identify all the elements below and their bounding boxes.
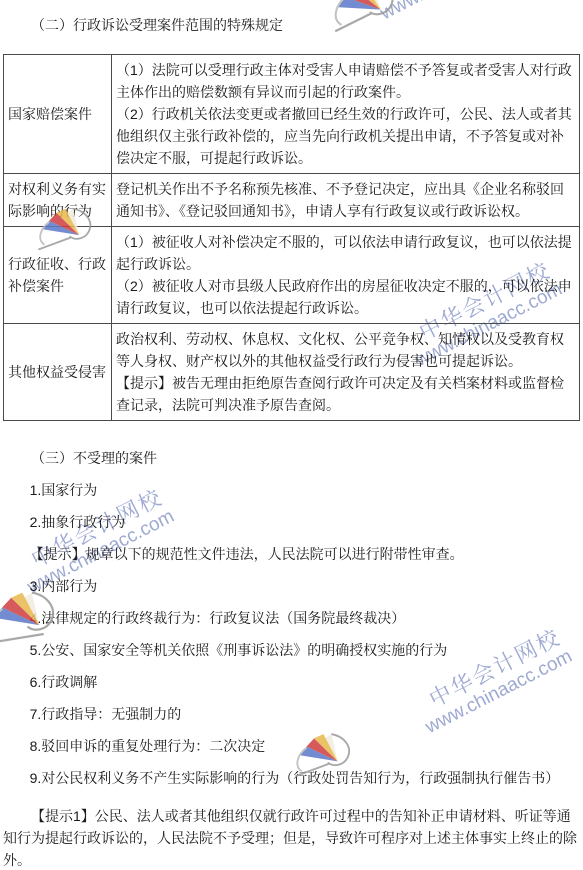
content-paragraph: （1）被征收人对补偿决定不服的，可以依法申请行政复议，也可以依法提起行政诉讼。 [116,231,575,275]
content-paragraph: 【提示】被告无理由拒绝原告查阅行政许可决定及有关档案材料或监督检查记录，法院可判… [116,372,575,416]
list-item: 5.公安、国家安全等机关依照《刑事诉讼法》的明确授权实施的行为 [3,639,580,661]
list-item: 7.行政指导：无强制力的 [3,703,580,725]
content-paragraph: （2）行政机关依法变更或者撤回已经生效的行政许可，公民、法人或者其他组织仅主张行… [116,103,575,169]
list-item-hint: 【提示】规章以下的规范性文件违法，人民法院可以进行附带性审查。 [3,543,580,565]
row-content: 登记机关作出不予名称预先核准、不予登记决定，应出具《企业名称驳回通知书》、《登记… [112,174,580,227]
document-page: www.chinaacc.com 中华会计网校 www.chinaacc.com… [0,0,583,870]
row-content: 政治权利、劳动权、休息权、文化权、公平竞争权、知情权以及受教育权等人身权、财产权… [112,324,580,421]
row-label: 国家赔偿案件 [4,55,112,174]
doc-title-3: （三）不受理的案件 [3,447,580,469]
table-row: 行政征收、行政补偿案件 （1）被征收人对补偿决定不服的，可以依法申请行政复议，也… [4,227,580,324]
list-item: 2.抽象行政行为 [3,511,580,533]
row-content: （1）被征收人对补偿决定不服的，可以依法申请行政复议，也可以依法提起行政诉讼。 … [112,227,580,324]
content-paragraph: （1）法院可以受理行政主体对受害人申请赔偿不予答复或者受害人对行政主体作出的赔偿… [116,59,575,103]
list-item: 9.对公民权利义务不产生实际影响的行为（行政处罚告知行为，行政强制执行催告书） [3,767,580,789]
row-label: 行政征收、行政补偿案件 [4,227,112,324]
list-item: 4.法律规定的行政终裁行为：行政复议法（国务院最终裁决） [3,607,580,629]
list-item: 8.驳回申诉的重复处理行为：二次决定 [3,735,580,757]
content-paragraph: 登记机关作出不予名称预先核准、不予登记决定，应出具《企业名称驳回通知书》、《登记… [116,178,575,222]
row-label: 其他权益受侵害 [4,324,112,421]
content-paragraph: 政治权利、劳动权、休息权、文化权、公平竞争权、知情权以及受教育权等人身权、财产权… [116,328,575,372]
list-item: 6.行政调解 [3,671,580,693]
table-row: 国家赔偿案件 （1）法院可以受理行政主体对受害人申请赔偿不予答复或者受害人对行政… [4,55,580,174]
row-label: 对权利义务有实际影响的行为 [4,174,112,227]
list-item: 1.国家行为 [3,479,580,501]
not-accepted-list: 1.国家行为 2.抽象行政行为 【提示】规章以下的规范性文件违法，人民法院可以进… [0,479,583,789]
table-row: 对权利义务有实际影响的行为 登记机关作出不予名称预先核准、不予登记决定，应出具《… [4,174,580,227]
row-content: （1）法院可以受理行政主体对受害人申请赔偿不予答复或者受害人对行政主体作出的赔偿… [112,55,580,174]
table-row: 其他权益受侵害 政治权利、劳动权、休息权、文化权、公平竞争权、知情权以及受教育权… [4,324,580,421]
content-paragraph: （2）被征收人对市县级人民政府作出的房屋征收决定不服的，可以依法申请行政复议，也… [116,275,575,319]
doc-title-2: （二）行政诉讼受理案件范围的特殊规定 [3,14,580,36]
special-cases-table: 国家赔偿案件 （1）法院可以受理行政主体对受害人申请赔偿不予答复或者受害人对行政… [3,54,580,421]
footer-note: 【提示1】公民、法人或者其他组织仅就行政许可过程中的告知补正申请材料、听证等通知… [3,805,580,870]
list-item: 3.内部行为 [3,575,580,597]
